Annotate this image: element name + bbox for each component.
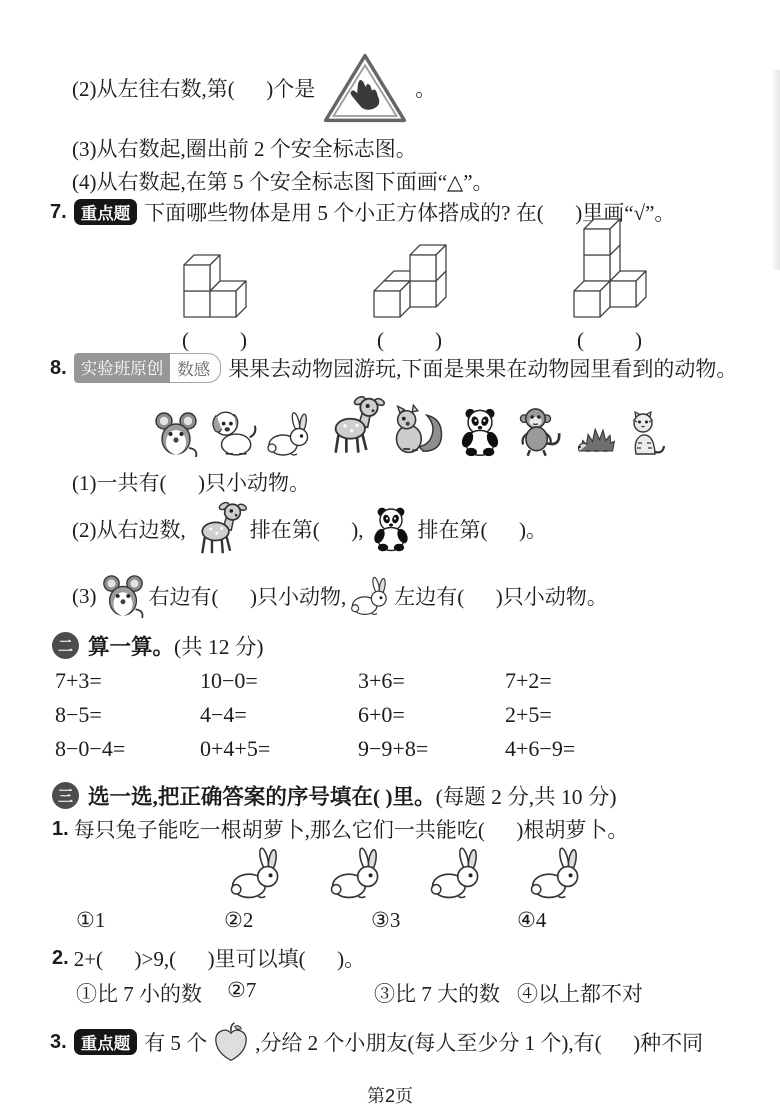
question8-sub2-mid1: 排在第( ), [250,514,364,544]
answer-slot: ( ) [577,328,643,353]
scan-shadow [771,70,780,270]
math-problem: 8−5= [55,702,102,728]
mouse-icon [152,410,200,458]
question8-sub3: (3) 右边有( )只小动物, 左边有( )只小动物。 [72,572,608,620]
choice-question3-pre: 有 5 个 [144,1027,207,1057]
origin-badge: 实验班原创 数感 [74,353,222,383]
section2-score: (共 12 分) [174,630,264,661]
question8-number: 8. [50,357,67,380]
question6-sub2-period: 。 [415,73,436,103]
deer-icon [189,500,247,558]
rabbit-icon [228,845,284,901]
option-item: ②7 [227,978,256,1003]
worksheet-page: (2)从左往右数,第( )个是 。 (3)从右数起,圈出前 2 个安全标志图。 … [0,0,780,1113]
math-problem: 3+6= [358,668,405,694]
section3-score: (每题 2 分,共 10 分) [436,780,617,811]
choice-question2-number: 2. [52,947,69,970]
cube-figure-3: ( ) [535,228,685,353]
question6-sub2: (2)从左往右数,第( )个是 。 [72,52,436,124]
section2-title: 算一算。 [88,630,174,661]
math-problem: 0+4+5= [200,736,270,762]
choice-question3-number: 3. [50,1031,67,1054]
question6-sub2-text: (2)从左往右数,第( )个是 [72,73,315,103]
choice-question2-text: 2+( )>9,( )里可以填( )。 [74,943,365,973]
section3-title: 选一选,把正确答案的序号填在( )里。 [88,780,436,811]
section3-number-icon: 三 [52,782,79,809]
option-item: ①1 [76,908,105,933]
question8-sub3-pre: (3) [72,584,97,609]
cube-figure-1-drawing [181,228,249,320]
math-problem: 2+5= [505,702,552,728]
math-problem: 6+0= [358,702,405,728]
number-sense-badge: 数感 [170,353,221,383]
choice-question3-post: ,分给 2 个小朋友(每人至少分 1 个),有( )种不同 [255,1027,703,1057]
apple-icon [210,1021,252,1063]
cube-figure-2-drawing [371,228,449,320]
math-problem: 7+3= [55,668,102,694]
option-item: ③比 7 大的数 [374,978,500,1008]
rabbit-icon [265,410,313,458]
cube-figure-2: ( ) [335,228,485,353]
choice-question1-text: 每只兔子能吃一根胡萝卜,那么它们一共能吃( )根胡萝卜。 [74,814,629,844]
dog-icon [208,408,258,458]
choice-question1-number: 1. [52,818,69,841]
choice-question3: 3. 重点题 有 5 个 ,分给 2 个小朋友(每人至少分 1 个),有( )种… [50,1018,703,1066]
monkey-icon [513,404,567,458]
cube-figure-3-drawing [571,228,649,320]
key-question-badge: 重点题 [74,199,138,225]
question8-sub1: (1)一共有( )只小动物。 [72,467,310,497]
section2-header: 二 算一算。 (共 12 分) [52,630,264,661]
hand-warning-sign-icon [323,53,407,123]
question8-stem: 8. 实验班原创 数感 果果去动物园游玩,下面是果果在动物园里看到的动物。 [50,352,737,384]
question7-number: 7. [50,201,67,224]
choice-question2: 2. 2+( )>9,( )里可以填( )。 [52,944,365,972]
rabbit-row [228,843,584,901]
question8-sub3-mid2: 左边有( )只小动物。 [394,581,608,611]
animal-row [152,388,672,458]
deer-icon [321,394,385,458]
origin-badge-left: 实验班原创 [74,353,171,383]
answer-slot: ( ) [182,328,248,353]
panda-icon [454,406,506,458]
key-question-badge: 重点题 [74,1029,138,1055]
question8-sub2-mid2: 排在第( )。 [418,514,548,544]
rabbit-icon [528,845,584,901]
cube-figure-1: ( ) [140,228,290,353]
math-problem: 10−0= [200,668,258,694]
rabbit-icon [349,575,391,617]
option-item: ③3 [371,908,400,933]
question8-text: 果果去动物园游玩,下面是果果在动物园里看到的动物。 [228,353,737,383]
math-problem: 7+2= [505,668,552,694]
math-problem: 8−0−4= [55,736,125,762]
section3-header: 三 选一选,把正确答案的序号填在( )里。 (每题 2 分,共 10 分) [52,780,617,811]
option-item: ②2 [224,908,253,933]
panda-icon [367,505,415,553]
math-problem: 4+6−9= [505,736,575,762]
hedgehog-icon [575,416,617,458]
option-item: ④以上都不对 [517,978,643,1008]
question8-sub2-pre: (2)从右边数, [72,514,186,544]
question6-sub4: (4)从右数起,在第 5 个安全标志图下面画“△”。 [72,166,494,196]
answer-slot: ( ) [377,328,443,353]
question8-sub2: (2)从右边数, 排在第( ), 排在第( )。 [72,498,547,560]
squirrel-icon [392,404,446,458]
question6-sub3: (3)从右数起,圈出前 2 个安全标志图。 [72,133,417,163]
mouse-icon [100,573,146,619]
math-problem: 9−9+8= [358,736,428,762]
math-problem: 4−4= [200,702,247,728]
tiger-icon [624,410,672,458]
section2-number-icon: 二 [52,632,79,659]
question8-sub3-mid1: 右边有( )只小动物, [149,581,347,611]
page-number: 第2页 [0,1082,780,1108]
rabbit-icon [428,845,484,901]
option-item: ①比 7 小的数 [76,978,202,1008]
option-item: ④4 [517,908,546,933]
choice-question1: 1. 每只兔子能吃一根胡萝卜,那么它们一共能吃( )根胡萝卜。 [52,815,628,843]
rabbit-icon [328,845,384,901]
